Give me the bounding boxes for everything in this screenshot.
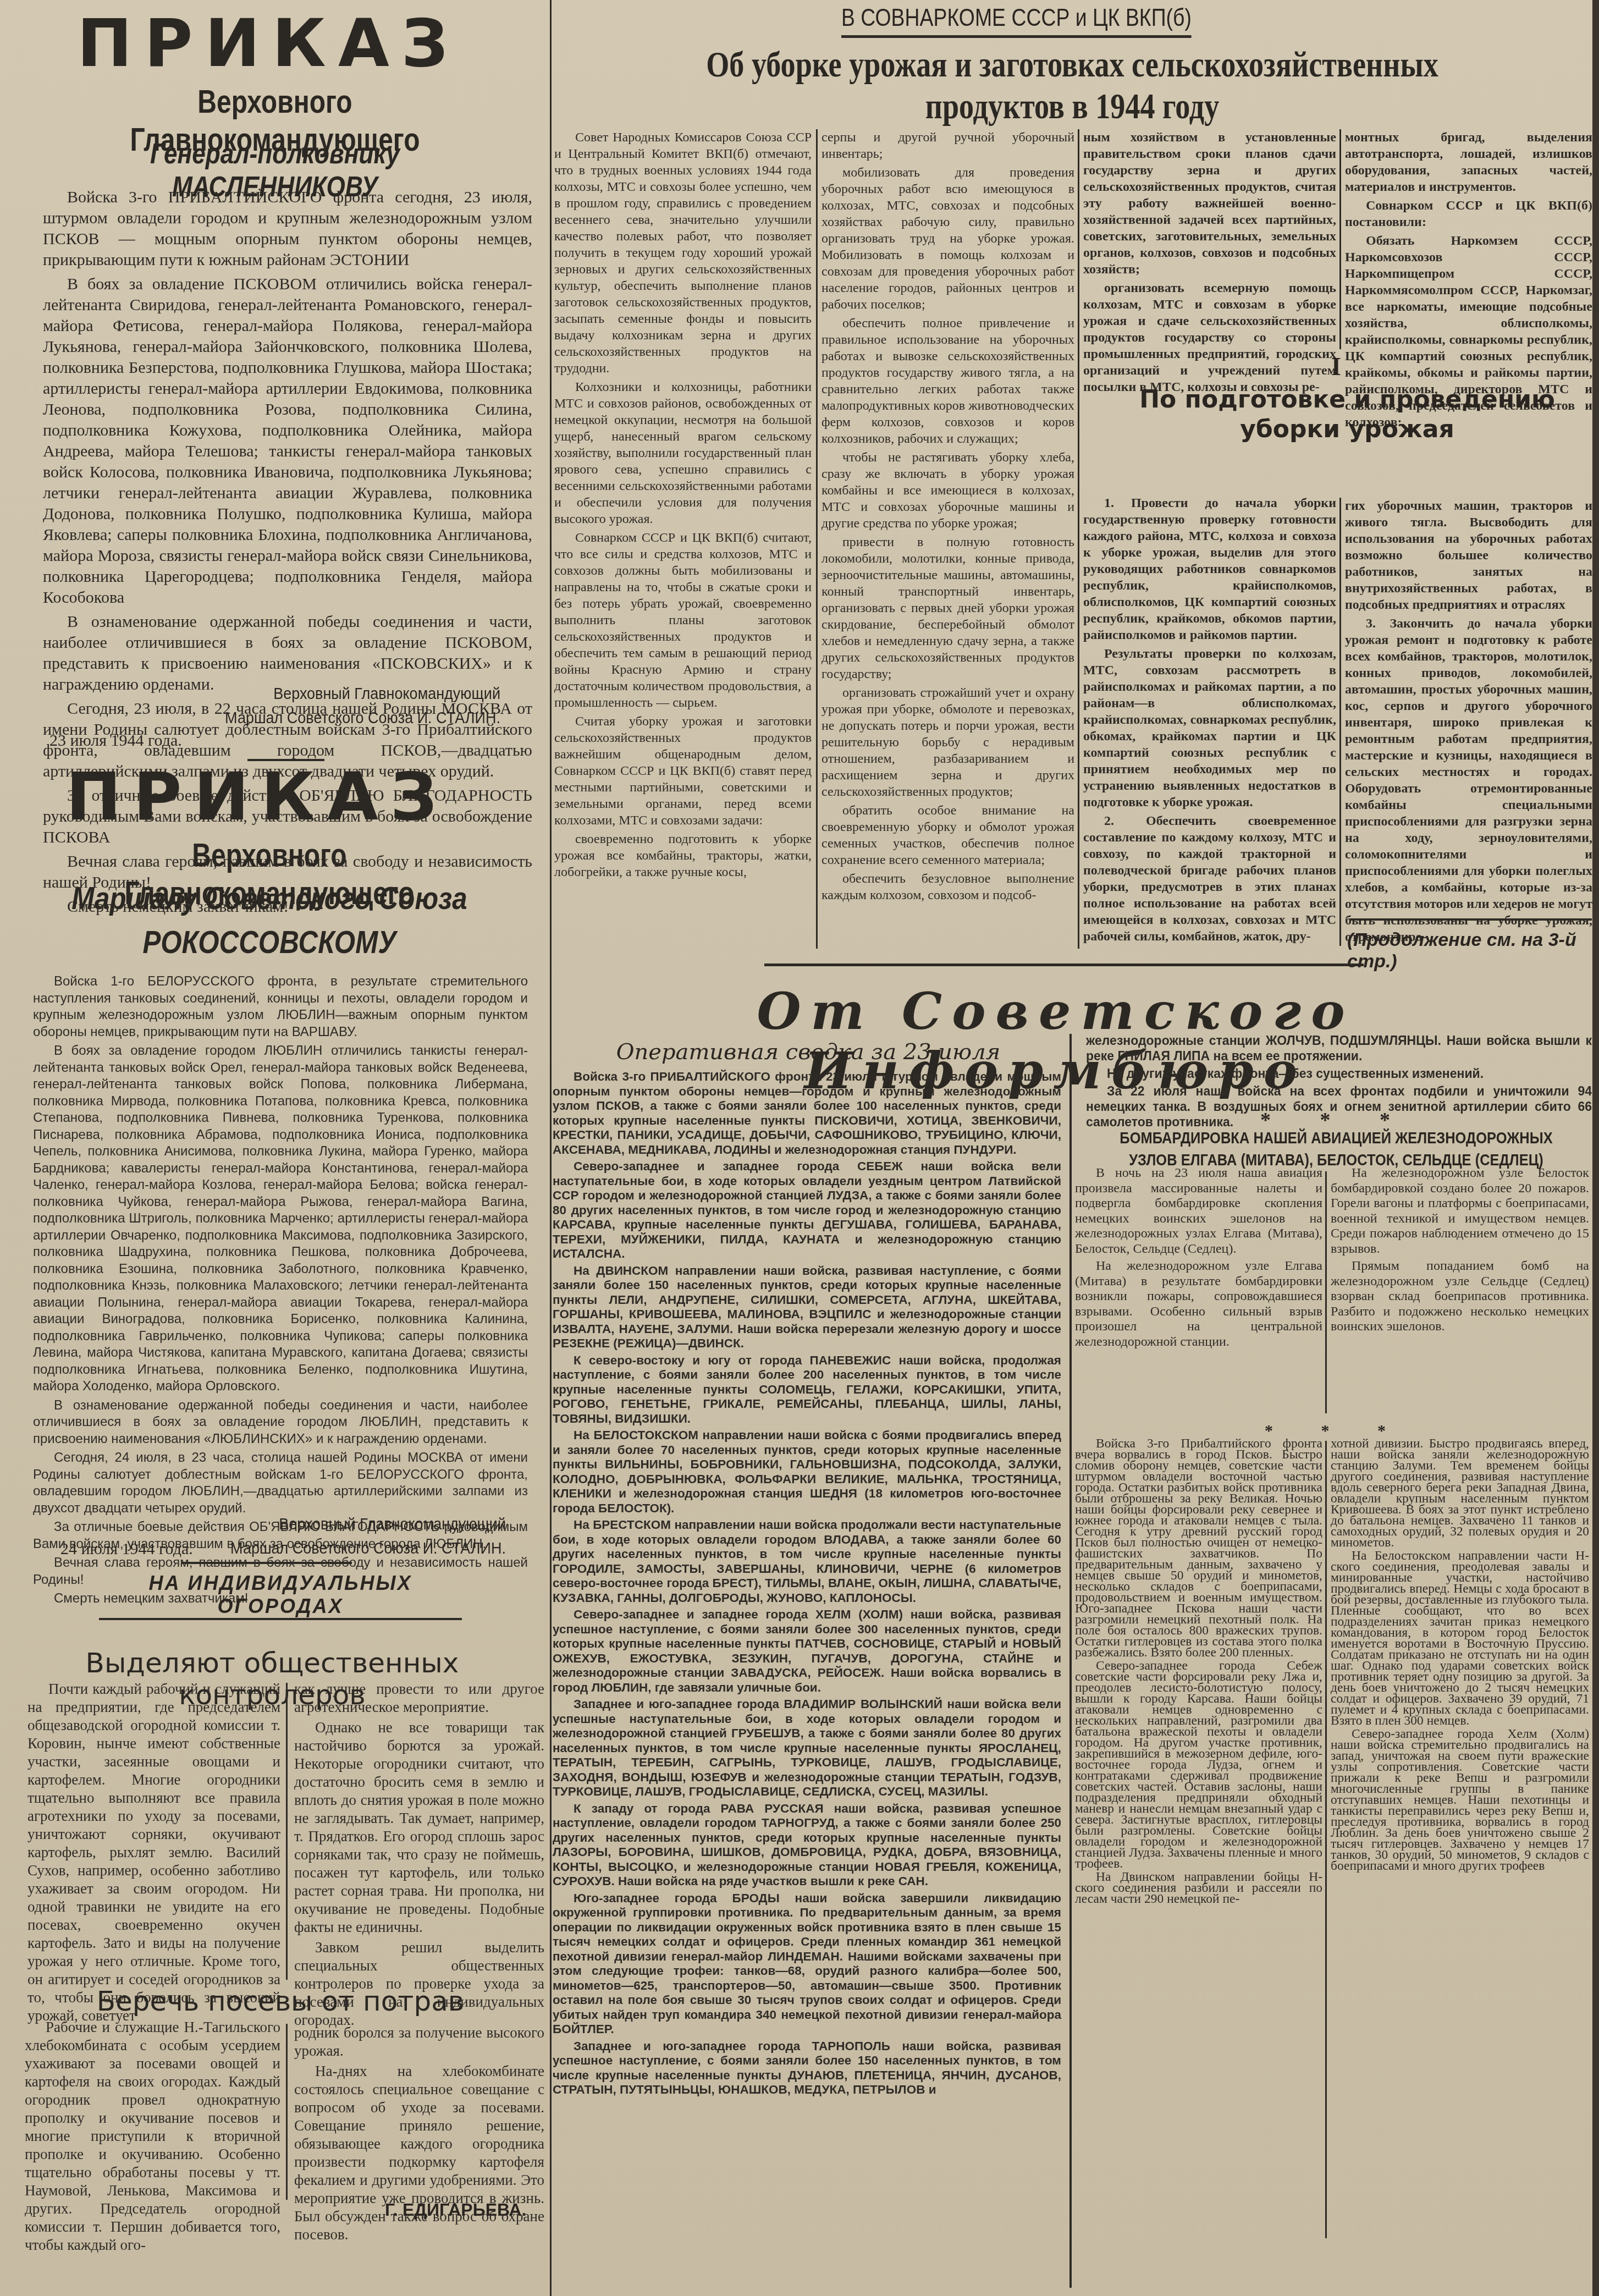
informburo-low-col2: хотной дивизии. Быстро продвигаясь впере… xyxy=(1331,1438,1589,1874)
gardens-article2-headline: Беречь посевы от потрав xyxy=(44,1985,517,2017)
column-rule xyxy=(1339,498,1341,946)
article-text: Совет Народных Комиссаров Союза ССР и Це… xyxy=(554,129,812,377)
informburo-low-col1: Войска 3-го Прибалтийского фронта вчера … xyxy=(1075,1438,1322,1907)
report-paragraph: Войска 3-го Прибалтийского фронта вчера … xyxy=(1075,1438,1322,1658)
article-text: Однако не все товарищи так настойчиво бо… xyxy=(294,1719,544,1936)
harvest-continued-link[interactable]: (Продолжение см. на 3-й стр.) xyxy=(1347,929,1599,972)
article-text: мобилизовать для проведения уборочных ра… xyxy=(821,164,1074,313)
harvest-col2: серпы и другой ручной уборочный инвентар… xyxy=(821,129,1074,906)
gardens-article1-col2: как лучше провести то или другое агротех… xyxy=(294,1680,544,2031)
report-paragraph: Северо-западнее и западнее города СЕБЕЖ … xyxy=(553,1159,1061,1262)
column-rule xyxy=(1339,129,1341,349)
article-text: Совнарком СССР и ЦК ВКП(б) постановили: xyxy=(1345,197,1592,230)
article-text: Почти каждый рабочий и служащий на предп… xyxy=(27,1680,280,2025)
divider xyxy=(1350,918,1592,921)
order2-signature-line2: Маршал Советского Союза И. СТАЛИН. xyxy=(189,1537,506,1561)
article-text: организовать строжайший учет и охрану ур… xyxy=(821,685,1074,800)
article-text: чтобы не растягивать уборку хлеба, сразу… xyxy=(821,449,1074,532)
report-paragraph: На железнодорожном узле Белосток бомбард… xyxy=(1331,1166,1589,1257)
article-text: Рабочие и служащие Н.-Тагильского хлебок… xyxy=(25,2018,280,2254)
article-text: своевременно подготовить к уборке урожая… xyxy=(554,831,812,880)
article-text: Результаты проверки по колхозам, МТС, со… xyxy=(1083,646,1336,811)
article-text: привести в полную готовность локомобили,… xyxy=(821,534,1074,682)
bombing-headline: БОМБАРДИРОВКА НАШЕЙ АВИАЦИЕЙ ЖЕЛЕЗНОДОРО… xyxy=(1107,1127,1565,1171)
harvest-section-number: I xyxy=(1083,352,1589,381)
column-rule xyxy=(286,2024,288,2200)
report-paragraph: Западнее и юго-западнее города ТАРНОПОЛЬ… xyxy=(553,2039,1061,2097)
harvest-section-title: По подготовке и проведению уборки урожая xyxy=(1111,385,1584,444)
order1-signature-line1: Верховный Главнокомандующий xyxy=(199,682,500,706)
order2-paragraph: В ознаменование одержанной победы соедин… xyxy=(33,1397,528,1448)
report-paragraph: Войска 3-го ПРИБАЛТИЙСКОГО фронта 23 июл… xyxy=(553,1070,1061,1157)
report-paragraph: К западу от города РАВА РУССКАЯ наши вой… xyxy=(553,1802,1061,1889)
newspaper-page: ПРИКАЗ Верховного Главнокомандующего Ген… xyxy=(0,0,1599,2296)
gardens-article2-col1: Рабочие и служащие Н.-Тагильского хлебок… xyxy=(25,2018,280,2256)
report-paragraph: Западнее и юго-западнее города ВЛАДИМИР … xyxy=(553,1697,1061,1799)
gardens-rubric: НА ИНДИВИДУАЛЬНЫХ ОГОРОДАХ xyxy=(99,1572,462,1620)
order1-title: ПРИКАЗ xyxy=(77,5,451,82)
informburo-subtitle: Оперативная сводка за 23 июля xyxy=(583,1039,1034,1065)
gardens-article2-author: Г. ЕДИГАРЬЕВА. xyxy=(385,2200,527,2220)
report-paragraph: На БЕЛОСТОКСКОМ направлении наши войска … xyxy=(553,1428,1061,1516)
order2-addressee-line1: Маршалу Советского Союза xyxy=(59,880,480,917)
harvest-headline: Об уборке урожая и заготовках сельскохоз… xyxy=(658,44,1487,128)
article-text: монтных бригад, выделения автотранспорта… xyxy=(1345,129,1592,195)
order1-signature: Верховный Главнокомандующий Маршал Совет… xyxy=(199,682,500,730)
article-text: серпы и другой ручной уборочный инвентар… xyxy=(821,129,1074,162)
article-text: ным хозяйством в установленные правитель… xyxy=(1083,129,1336,278)
order2-date: 24 июля 1944 года. xyxy=(60,1540,193,1559)
column-rule xyxy=(1078,129,1079,949)
order1-paragraph: Войска 3-го ПРИБАЛТИЙСКОГО фронта сегодн… xyxy=(43,187,532,271)
order2-paragraph: Сегодня, 24 июля, в 23 часа, столица наш… xyxy=(33,1450,528,1517)
report-paragraph: На железнодорожном узле Елгава (Митава) … xyxy=(1075,1259,1322,1350)
report-paragraph: На Двинском направлении бойцы Н-ского со… xyxy=(1075,1871,1322,1904)
article-text: 1. Провести до начала уборки государстве… xyxy=(1083,495,1336,643)
article-text: обеспечить полное привлечение и правильн… xyxy=(821,315,1074,447)
report-paragraph: На ДВИНСКОМ направлении наши войска, раз… xyxy=(553,1264,1061,1351)
page-column-rule xyxy=(550,0,552,2296)
article-text: Считая уборку урожая и заготовки сельско… xyxy=(554,713,812,829)
report-paragraph: Прямым попаданием бомб на железнодорожно… xyxy=(1331,1259,1589,1335)
bombing-col1: В ночь на 23 июля наша авиация произвела… xyxy=(1075,1166,1322,1352)
report-paragraph: Северо-западнее города Себеж советские ч… xyxy=(1075,1660,1322,1869)
order2-title: ПРИКАЗ xyxy=(66,759,440,835)
order2-signature-line1: Верховный Главнокомандующий xyxy=(189,1512,506,1537)
report-paragraph: На Белостокском направлении части Н-ског… xyxy=(1331,1550,1589,1726)
page-edge xyxy=(1592,0,1599,2296)
harvest-section-col1: 1. Провести до начала уборки государстве… xyxy=(1083,495,1336,947)
article-text: 2. Обеспечить своевременное составление … xyxy=(1083,813,1336,945)
informburo-col1: Войска 3-го ПРИБАЛТИЙСКОГО фронта 23 июл… xyxy=(553,1070,1061,2100)
harvest-section-col2: гих уборочных машин, тракторов и живого … xyxy=(1345,498,1592,948)
harvest-col1: Совет Народных Комиссаров Союза ССР и Це… xyxy=(554,129,812,883)
article-text: Колхозники и колхозницы, работники МТС и… xyxy=(554,379,812,527)
report-paragraph: На БРЕСТСКОМ направлении наши войска про… xyxy=(553,1518,1061,1605)
order2-paragraph: Войска 1-го БЕЛОРУССКОГО фронта, в резул… xyxy=(33,973,528,1040)
column-rule xyxy=(1069,1034,1072,2288)
report-paragraph: Юго-западнее города БРОДЫ наши войска за… xyxy=(553,1891,1061,2037)
report-paragraph: Северо-западнее и западнее города ХЕЛМ (… xyxy=(553,1607,1061,1695)
order2-signature: Верховный Главнокомандующий Маршал Совет… xyxy=(189,1512,506,1561)
column-rule xyxy=(816,129,818,949)
article-text: как лучше провести то или другое агротех… xyxy=(294,1680,544,1716)
order2-addressee-line2: РОКОССОВСКОМУ xyxy=(59,924,480,961)
column-rule xyxy=(1325,1171,1327,1413)
gardens-article1-col1: Почти каждый рабочий и служащий на предп… xyxy=(27,1680,280,2027)
harvest-rubric: В СОВНАРКОМЕ СССР и ЦК ВКП(б) xyxy=(841,4,1192,38)
article-text: родник боролся за получение высокого уро… xyxy=(294,2024,544,2060)
report-paragraph: хотной дивизии. Быстро продвигаясь впере… xyxy=(1331,1438,1589,1548)
article-text: гих уборочных машин, тракторов и живого … xyxy=(1345,498,1592,613)
divider xyxy=(764,963,1364,966)
divider xyxy=(181,1562,352,1564)
order1-signature-line2: Маршал Советского Союза И. СТАЛИН. xyxy=(199,706,500,730)
bombing-col2: На железнодорожном узле Белосток бомбард… xyxy=(1331,1166,1589,1337)
report-paragraph: К северо-востоку и югу от города ПАНЕВЕЖ… xyxy=(553,1353,1061,1427)
article-text: 3. Закончить до начала уборки урожая рем… xyxy=(1345,615,1592,945)
article-text: обеспечить безусловное выполнение каждым… xyxy=(821,871,1074,904)
column-rule xyxy=(286,1683,288,1980)
article-text: Совнарком СССР и ЦК ВКП(б) считают, что … xyxy=(554,530,812,711)
article-text: обратить особое внимание на своевременну… xyxy=(821,802,1074,868)
order2-paragraph: В боях за овладение городом ЛЮБЛИН отлич… xyxy=(33,1043,528,1395)
report-paragraph: В ночь на 23 июля наша авиация произвела… xyxy=(1075,1166,1322,1257)
order1-date: 23 июля 1944 года. xyxy=(49,731,182,750)
column-rule xyxy=(1325,1441,1327,2238)
report-paragraph: На других участках фронта—без существенн… xyxy=(1086,1066,1592,1081)
report-paragraph: Северо-западнее города Хелм (Холм) наши … xyxy=(1331,1728,1589,1871)
report-paragraph: железнодорожные станции ЖОЛЧУВ, ПОДШУМЛЯ… xyxy=(1086,1033,1592,1064)
order1-paragraph: В боях за овладение ПСКОВОМ отличились в… xyxy=(43,274,532,608)
